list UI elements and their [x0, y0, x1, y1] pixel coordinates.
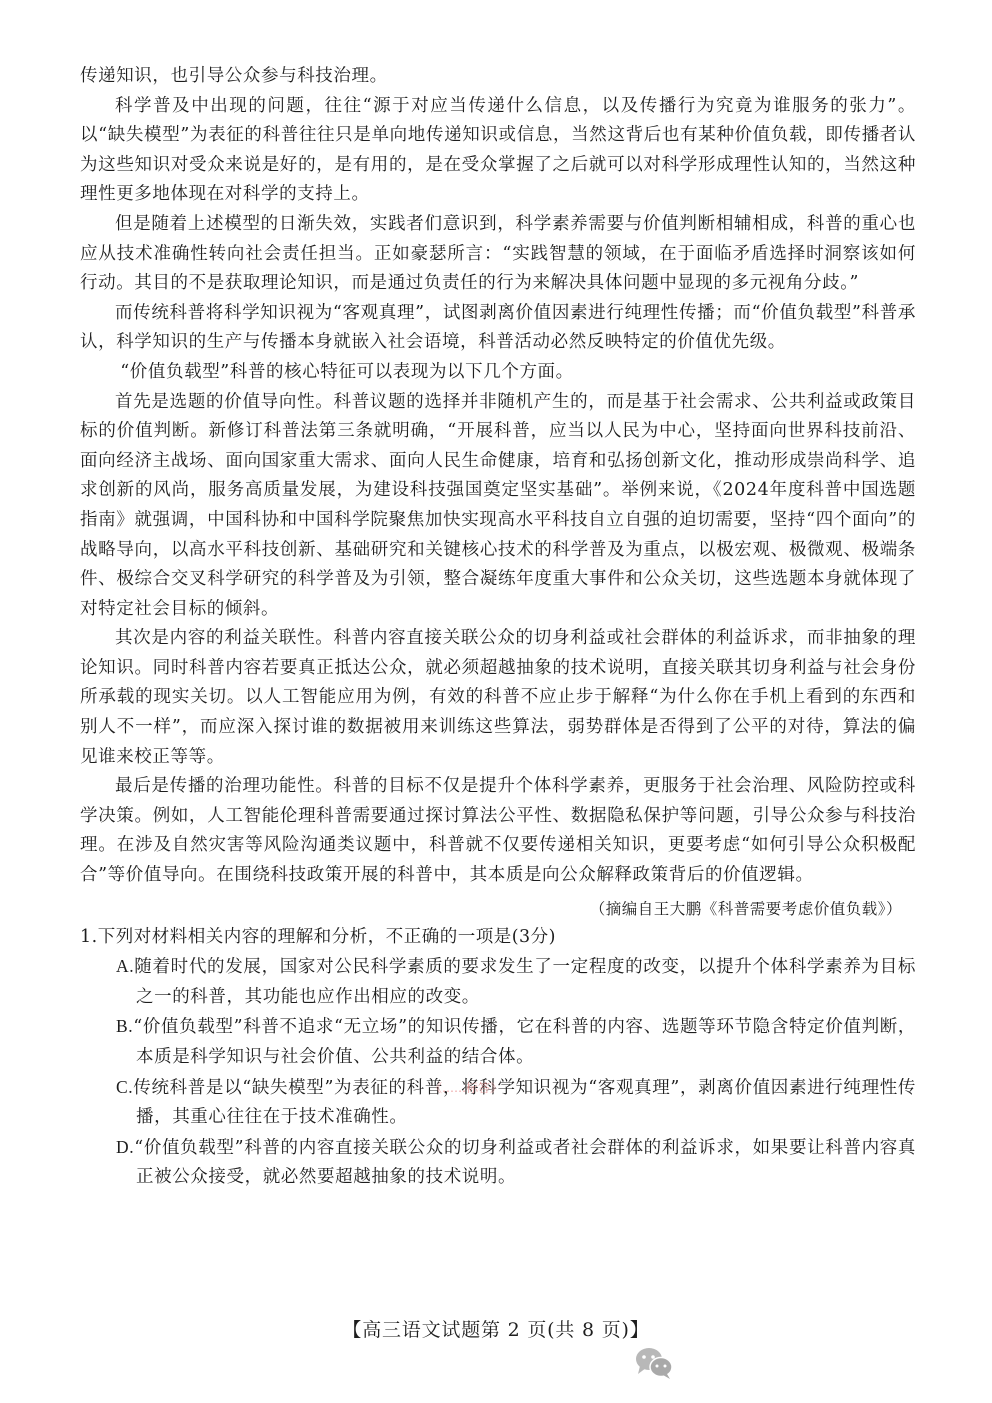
passage-paragraph: 科学普及中出现的问题，往往“源于对应当传递什么信息，以及传播行为究竟为谁服务的张…	[80, 92, 916, 210]
option-text: “价值负载型”科普的内容直接关联公众的切身利益或者社会群体的利益诉求，如果要让科…	[134, 1138, 916, 1188]
question-1: 1.下列对材料相关内容的理解和分析，不正确的一项是(3分) A.随着时代的发展，…	[80, 923, 916, 1193]
passage-paragraph: 但是随着上述模型的日渐失效，实践者们意识到，科学素养需要与价值判断相辅相成，科普…	[80, 210, 916, 299]
option-text: 随着时代的发展，国家对公民科学素质的要求发生了一定程度的改变，以提升个体科学素养…	[134, 957, 916, 1007]
passage-paragraph: 其次是内容的利益关联性。科普内容直接关联公众的切身利益或社会群体的利益诉求，而非…	[80, 624, 916, 772]
option-text: “价值负载型”科普不追求“无立场”的知识传播，它在科普的内容、选题等环节隐含特定…	[133, 1017, 916, 1067]
reading-passage: 传递知识，也引导公众参与科技治理。 科学普及中出现的问题，往往“源于对应当传递什…	[80, 62, 916, 923]
passage-paragraph: 首先是选题的价值导向性。科普议题的选择并非随机产生的，而是基于社会需求、公共利益…	[80, 388, 916, 625]
passage-paragraph: 传递知识，也引导公众参与科技治理。	[80, 62, 916, 92]
passage-paragraph: 最后是传播的治理功能性。科普的目标不仅是提升个体科学素养，更服务于社会治理、风险…	[80, 772, 916, 890]
passage-source: （摘编自王大鹏《科普需要考虑价值负载》）	[80, 895, 902, 923]
option-letter: B.	[116, 1016, 133, 1036]
option-letter: C.	[116, 1077, 133, 1097]
passage-paragraph: “价值负载型”科普的核心特征可以表现为以下几个方面。	[80, 358, 916, 388]
option-a: A.随着时代的发展，国家对公民科学素质的要求发生了一定程度的改变，以提升个体科学…	[80, 952, 916, 1012]
exam-page: 传递知识，也引导公众参与科技治理。 科学普及中出现的问题，往往“源于对应当传递什…	[80, 62, 916, 1193]
passage-paragraph: 而传统科普将科学知识视为“客观真理”，试图剥离价值因素进行纯理性传播；而“价值负…	[80, 299, 916, 358]
option-b: B.“价值负载型”科普不追求“无立场”的知识传播，它在科普的内容、选题等环节隐含…	[80, 1012, 916, 1072]
wechat-icon	[634, 1346, 674, 1380]
option-d: D.“价值负载型”科普的内容直接关联公众的切身利益或者社会群体的利益诉求，如果要…	[80, 1133, 916, 1193]
question-stem: 1.下列对材料相关内容的理解和分析，不正确的一项是(3分)	[80, 923, 916, 953]
option-letter: A.	[116, 956, 134, 976]
option-text: 传统科普是以“缺失模型”为表征的科普，将科学知识视为“客观真理”，剥离价值因素进…	[133, 1078, 916, 1128]
watermark: 《……标答》	[430, 1079, 502, 1096]
page-footer: 【高三语文试题第 2 页(共 8 页)】	[0, 1315, 992, 1342]
option-letter: D.	[116, 1137, 134, 1157]
